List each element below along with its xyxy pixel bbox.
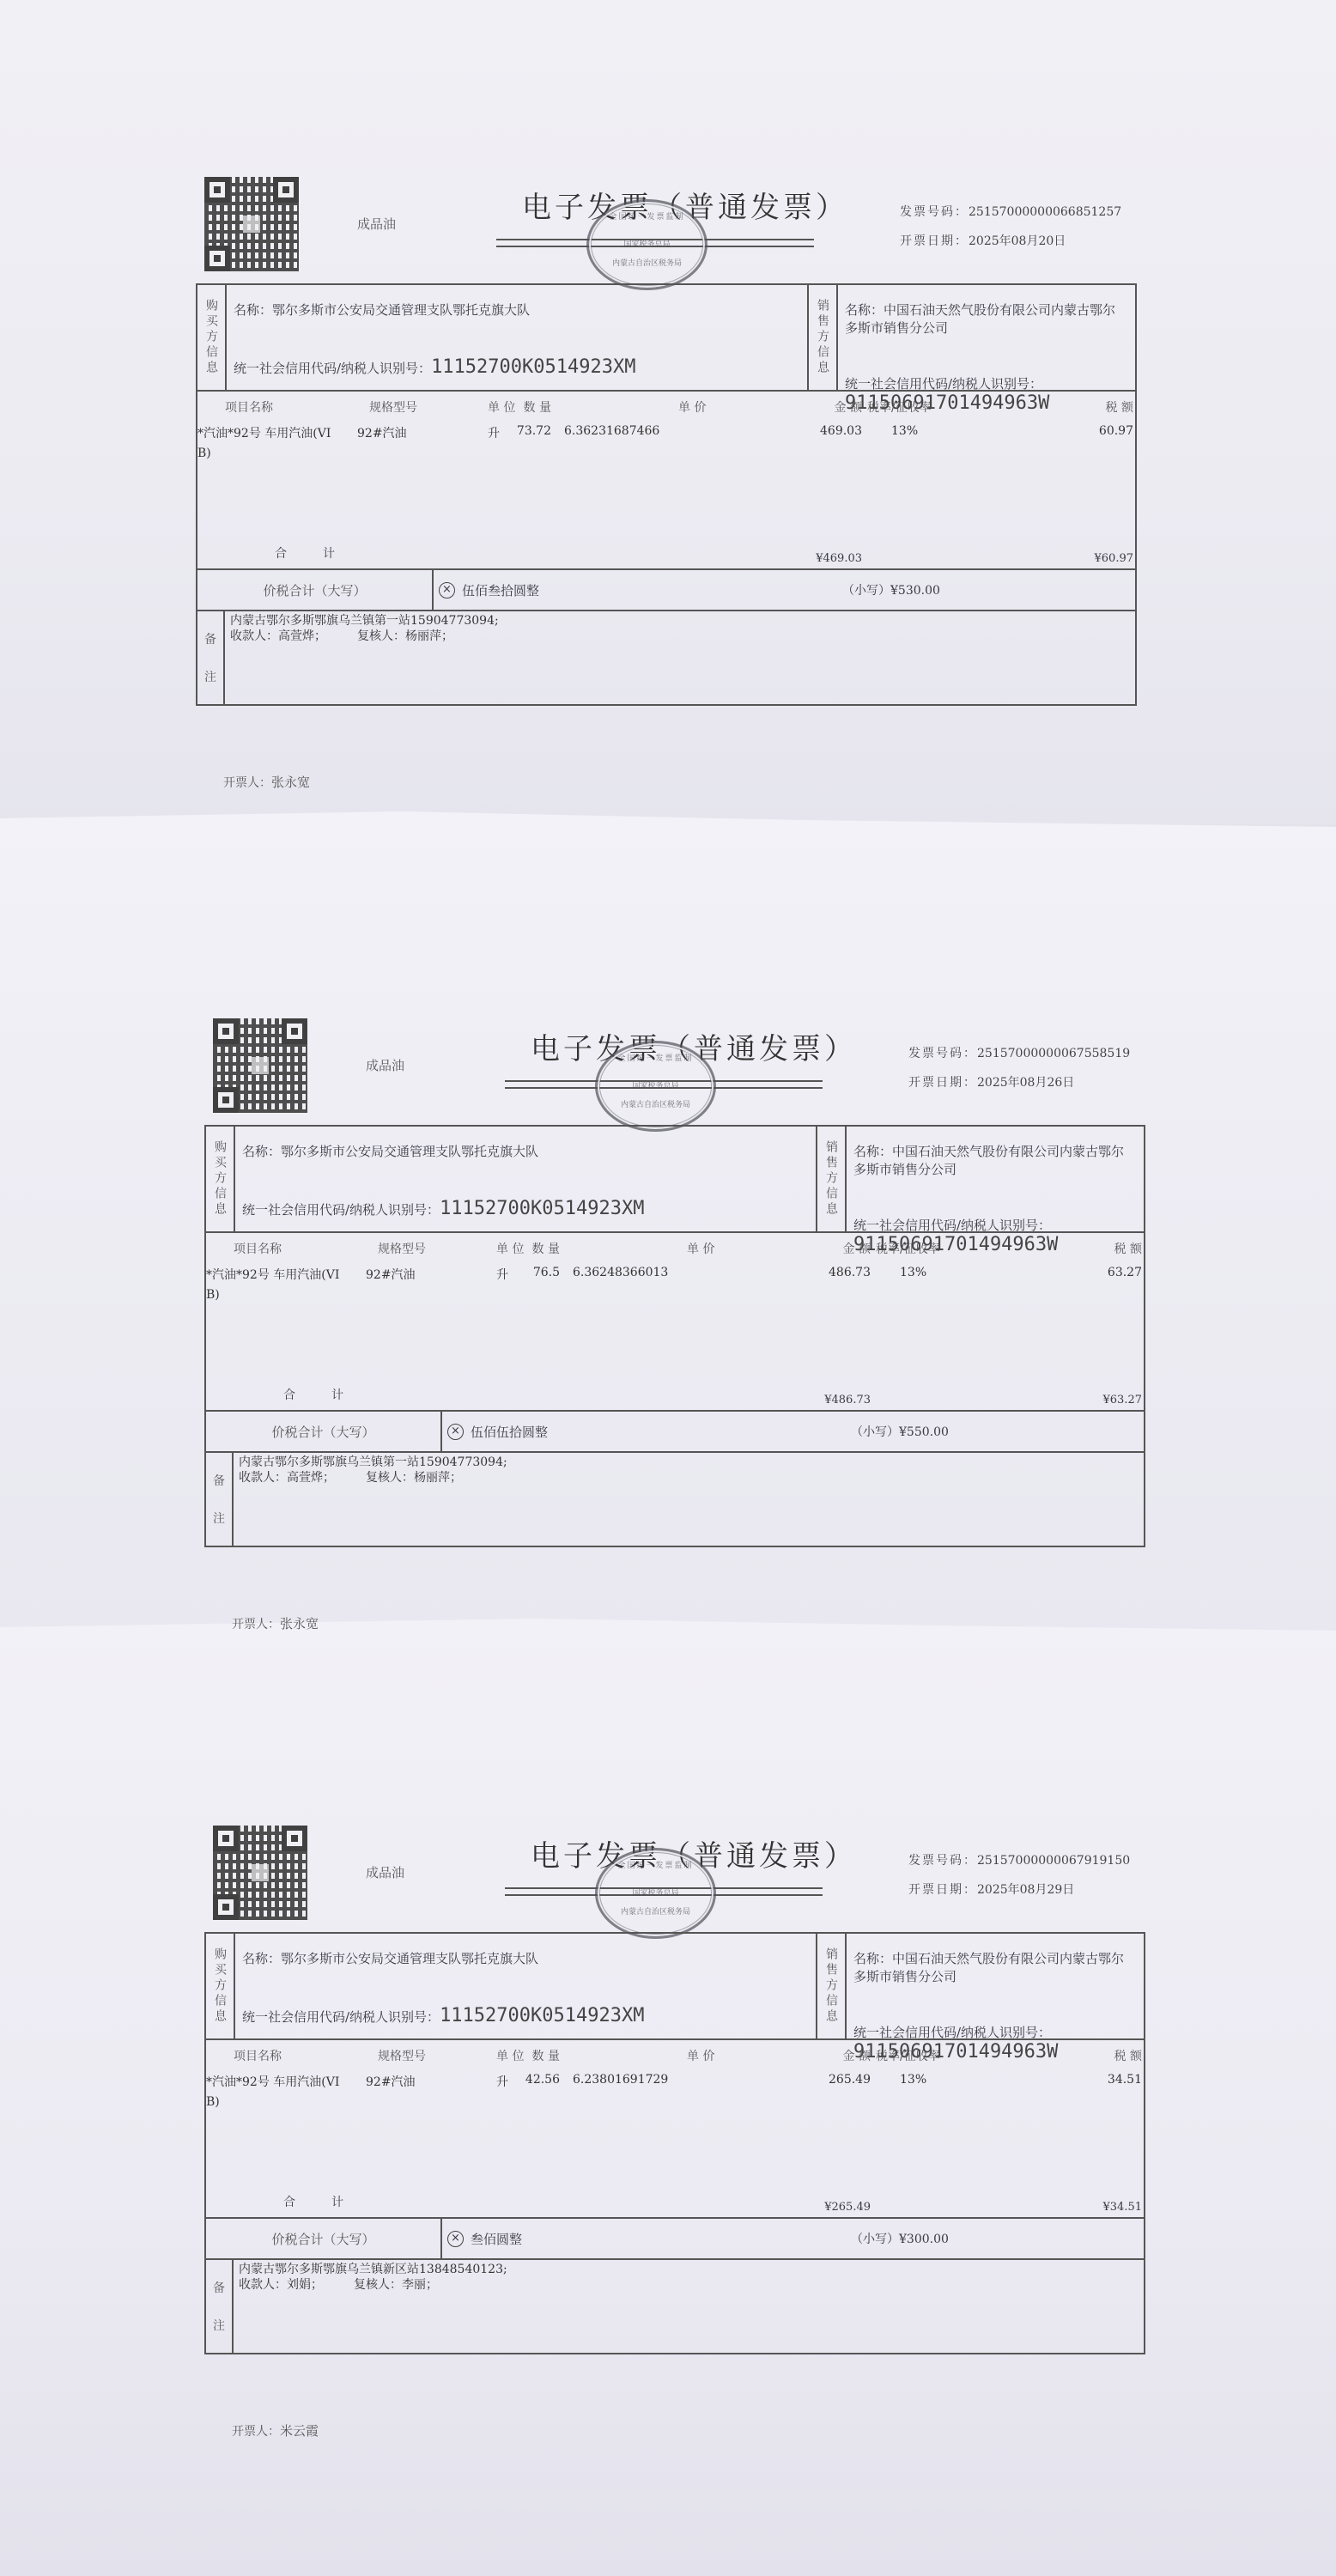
item-unit-price: 6.36248366013 [573,1266,668,1279]
total-small: ¥530.00 [890,584,940,598]
col-header-quantity: 数 量 [532,1240,560,1257]
buyer-id-label: 统一社会信用代码/纳税人识别号： [242,2009,440,2025]
item-unit-price: 6.23801691729 [573,2073,668,2087]
col-header-item-name: 项目名称 [234,1240,282,1257]
line-items: 项目名称 规格型号 单 位 数 量 单 价 金 额 税率/征收率 税 额 *汽油… [206,2040,1144,2219]
buyer-name: 鄂尔多斯市公安局交通管理支队鄂托克旗大队 [281,1951,538,1966]
party-row: 购买方信息 名称：鄂尔多斯市公安局交通管理支队鄂托克旗大队 统一社会信用代码/纳… [206,1127,1144,1233]
issuer-label: 开票人： [223,776,271,790]
total-capital-cell: × 叁佰圆整 （小写）¥300.00 [442,2219,1144,2258]
remark-tag: 备 注 [206,2260,234,2353]
buyer-tax-id: 11152700K0514923XM [440,1198,644,1219]
party-row: 购买方信息 名称：鄂尔多斯市公安局交通管理支队鄂托克旗大队 统一社会信用代码/纳… [197,285,1135,392]
issuer: 开票人：张永宽 [223,773,310,791]
col-header-tax: 税 额 [1114,1240,1142,1257]
item-amount: 265.49 [829,2073,871,2087]
buyer-name: 鄂尔多斯市公安局交通管理支队鄂托克旗大队 [272,302,530,318]
col-header-unit-price: 单 价 [678,398,706,416]
sum-label: 合计 [283,1386,380,1403]
sum-amount: ¥265.49 [824,2201,871,2214]
remark-tag-char: 注 [204,668,216,685]
seller-tag: 销售方信息 [817,1934,847,2038]
item-amount: 469.03 [820,424,862,438]
total-small: ¥300.00 [899,2233,949,2246]
qr-code-icon [213,1826,307,1920]
col-header-tax-rate: 税率/征收率 [876,1240,940,1257]
item-unit: 升 [488,424,500,441]
buyer-id-label: 统一社会信用代码/纳税人识别号： [242,1202,440,1218]
stamp-middle-text: 国家税务总局 [589,238,705,249]
invoice-meta: 发票号码：25157000000067919150 开票日期：2025年08月2… [908,1846,1130,1905]
total-label: 价税合计（大写） [206,1412,442,1451]
remark-tag-char: 注 [213,2317,225,2334]
tax-authority-stamp-icon: 全国统一发票监制 国家税务总局 内蒙古自治区税务局 [586,199,707,290]
issue-date-label: 开票日期： [908,1883,977,1897]
item-tax: 34.51 [1108,2073,1142,2087]
issue-date: 2025年08月26日 [977,1076,1074,1090]
col-header-tax-rate: 税率/征收率 [867,398,932,416]
remark-row: 备 注 内蒙古鄂尔多斯鄂旗乌兰镇新区站13848540123; 收款人：刘娟；复… [206,2260,1144,2353]
item-tax: 63.27 [1108,1266,1142,1279]
col-header-amount: 金 额 [835,398,862,416]
buyer-info: 名称：鄂尔多斯市公安局交通管理支队鄂托克旗大队 统一社会信用代码/纳税人识别号：… [227,285,809,390]
seller-name-label: 名称： [845,302,884,318]
issuer: 开票人：张永宽 [232,1614,319,1632]
circled-x-icon: × [447,2231,464,2247]
remark-reviewer: 复核人：杨丽萍； [366,1471,462,1485]
product-type-label: 成品油 [366,1863,404,1881]
remark-row: 备 注 内蒙古鄂尔多斯鄂旗乌兰镇第一站15904773094; 收款人：高萱烨；… [206,1453,1144,1546]
remark-reviewer: 复核人：杨丽萍； [357,629,453,643]
col-header-quantity: 数 量 [524,398,551,416]
issuer-label: 开票人： [232,1618,280,1631]
line-items: 项目名称 规格型号 单 位 数 量 单 价 金 额 税率/征收率 税 额 *汽油… [206,1233,1144,1412]
remark-payee: 收款人：高萱烨； [230,629,326,643]
sum-label: 合计 [283,2193,380,2210]
stamp-middle-text: 国家税务总局 [598,1886,714,1898]
remark-tag-char: 备 [213,2279,225,2296]
sum-tax: ¥60.97 [1095,552,1134,565]
stamp-bottom-text: 内蒙古自治区税务局 [598,1905,714,1917]
seller-name-label: 名称： [853,1951,892,1966]
item-tax-rate: 13% [900,2073,926,2087]
col-header-tax: 税 额 [1114,2047,1142,2064]
circled-x-icon: × [439,582,455,598]
total-small-label: （小写） [851,2233,899,2246]
sum-tax: ¥63.27 [1103,1394,1143,1406]
item-spec: 92#汽油 [366,1266,416,1283]
invoice-table: 购买方信息 名称：鄂尔多斯市公安局交通管理支队鄂托克旗大队 统一社会信用代码/纳… [204,1932,1145,2354]
stamp-top-text: 全国统一发票监制 [598,1859,714,1870]
item-tax-rate: 13% [891,424,918,438]
col-header-unit-price: 单 价 [687,1240,714,1257]
seller-id-label: 统一社会信用代码/纳税人识别号： [845,376,1042,392]
product-type-label: 成品油 [357,215,396,233]
item-name: *汽油*92号 车用汽油(VI [197,424,331,441]
item-unit: 升 [496,2073,508,2090]
seller-name: 中国石油天然气股份有限公司内蒙古鄂尔多斯市销售分公司 [853,1951,1124,1984]
remark-body: 内蒙古鄂尔多斯鄂旗乌兰镇第一站15904773094; 收款人：高萱烨；复核人：… [234,1453,1144,1546]
seller-name: 中国石油天然气股份有限公司内蒙古鄂尔多斯市销售分公司 [853,1144,1124,1177]
issuer-name: 米云霞 [280,2423,319,2439]
total-capital-cell: × 伍佰伍拾圆整 （小写）¥550.00 [442,1412,1144,1451]
remark-tag: 备 注 [197,611,225,704]
issuer-label: 开票人： [232,2425,280,2439]
issuer-name: 张永宽 [280,1616,319,1631]
seller-tag: 销售方信息 [817,1127,847,1231]
remark-body: 内蒙古鄂尔多斯鄂旗乌兰镇第一站15904773094; 收款人：高萱烨；复核人：… [225,611,1135,704]
buyer-tag: 购买方信息 [206,1127,235,1231]
total-small-label: （小写） [851,1425,899,1439]
buyer-tag: 购买方信息 [197,285,227,390]
tax-authority-stamp-icon: 全国统一发票监制 国家税务总局 内蒙古自治区税务局 [595,1041,716,1132]
buyer-id-label: 统一社会信用代码/纳税人识别号： [234,361,431,376]
col-header-unit-price: 单 价 [687,2047,714,2064]
stamp-bottom-text: 内蒙古自治区税务局 [598,1098,714,1109]
col-header-tax: 税 额 [1106,398,1133,416]
item-unit-price: 6.36231687466 [564,424,659,438]
total-capital: 伍佰伍拾圆整 [471,1423,548,1441]
issue-date: 2025年08月29日 [977,1883,1074,1897]
item-quantity: 73.72 [517,424,551,438]
item-spec: 92#汽油 [357,424,407,441]
remark-station: 内蒙古鄂尔多斯鄂旗乌兰镇第一站15904773094; [239,1455,1139,1470]
invoice-meta: 发票号码：25157000000067558519 开票日期：2025年08月2… [908,1039,1130,1097]
qr-code-icon [204,177,299,271]
col-header-spec: 规格型号 [369,398,417,416]
seller-name: 中国石油天然气股份有限公司内蒙古鄂尔多斯市销售分公司 [845,302,1115,336]
sum-label: 合计 [275,544,371,562]
issue-date-label: 开票日期： [908,1076,977,1090]
col-header-unit: 单 位 [496,1240,524,1257]
buyer-name-label: 名称： [242,1144,281,1159]
col-header-amount: 金 额 [843,2047,871,2064]
col-header-unit: 单 位 [496,2047,524,2064]
issue-date: 2025年08月20日 [969,234,1066,248]
col-header-spec: 规格型号 [378,2047,426,2064]
item-amount: 486.73 [829,1266,871,1279]
remark-reviewer: 复核人：李丽； [354,2278,438,2292]
item-name-continuation: B) [206,2095,220,2109]
item-tax: 60.97 [1099,424,1133,438]
invoice-number-label: 发票号码： [908,1854,977,1868]
remark-payee: 收款人：刘娟； [239,2278,323,2292]
seller-id-label: 统一社会信用代码/纳税人识别号： [853,2025,1051,2040]
col-header-item-name: 项目名称 [225,398,273,416]
remark-station: 内蒙古鄂尔多斯鄂旗乌兰镇新区站13848540123; [239,2262,1139,2277]
buyer-info: 名称：鄂尔多斯市公安局交通管理支队鄂托克旗大队 统一社会信用代码/纳税人识别号：… [235,1127,817,1231]
total-row: 价税合计（大写） × 伍佰叁拾圆整 （小写）¥530.00 [197,570,1135,611]
seller-info: 名称：中国石油天然气股份有限公司内蒙古鄂尔多斯市销售分公司 统一社会信用代码/纳… [847,1934,1144,2038]
total-small-label: （小写） [842,584,890,598]
remark-tag-char: 注 [213,1510,225,1527]
col-header-item-name: 项目名称 [234,2047,282,2064]
tax-authority-stamp-icon: 全国统一发票监制 国家税务总局 内蒙古自治区税务局 [595,1848,716,1939]
seller-tag: 销售方信息 [809,285,838,390]
remark-tag: 备 注 [206,1453,234,1546]
item-quantity: 76.5 [533,1266,560,1279]
col-header-tax-rate: 税率/征收率 [876,2047,940,2064]
issuer: 开票人：米云霞 [232,2421,319,2439]
total-row: 价税合计（大写） × 伍佰伍拾圆整 （小写）¥550.00 [206,1412,1144,1453]
total-row: 价税合计（大写） × 叁佰圆整 （小写）¥300.00 [206,2219,1144,2260]
item-name: *汽油*92号 车用汽油(VI [206,2073,339,2090]
remark-station: 内蒙古鄂尔多斯鄂旗乌兰镇第一站15904773094; [230,613,1130,629]
buyer-name-label: 名称： [234,302,272,318]
invoice-number-label: 发票号码： [900,205,969,219]
buyer-tax-id: 11152700K0514923XM [431,356,635,378]
buyer-name-label: 名称： [242,1951,281,1966]
item-name-continuation: B) [206,1288,220,1302]
seller-name-label: 名称： [853,1144,892,1159]
seller-id-label: 统一社会信用代码/纳税人识别号： [853,1218,1051,1233]
issue-date-label: 开票日期： [900,234,969,248]
col-header-quantity: 数 量 [532,2047,560,2064]
total-capital-cell: × 伍佰叁拾圆整 （小写）¥530.00 [434,570,1135,610]
buyer-name: 鄂尔多斯市公安局交通管理支队鄂托克旗大队 [281,1144,538,1159]
qr-code-icon [213,1018,307,1113]
remark-body: 内蒙古鄂尔多斯鄂旗乌兰镇新区站13848540123; 收款人：刘娟；复核人：李… [234,2260,1144,2353]
item-spec: 92#汽油 [366,2073,416,2090]
sum-amount: ¥469.03 [816,552,862,565]
remark-tag-char: 备 [204,630,216,647]
total-capital: 伍佰叁拾圆整 [462,581,539,599]
buyer-tax-id: 11152700K0514923XM [440,2005,644,2026]
invoice-number: 25157000000067558519 [977,1047,1130,1060]
col-header-amount: 金 额 [843,1240,871,1257]
invoice-table: 购买方信息 名称：鄂尔多斯市公安局交通管理支队鄂托克旗大队 统一社会信用代码/纳… [196,283,1137,706]
invoice-number-label: 发票号码： [908,1047,977,1060]
product-type-label: 成品油 [366,1056,404,1074]
remark-row: 备 注 内蒙古鄂尔多斯鄂旗乌兰镇第一站15904773094; 收款人：高萱烨；… [197,611,1135,704]
invoice-number: 25157000000066851257 [969,205,1121,219]
total-capital: 叁佰圆整 [471,2230,522,2248]
seller-info: 名称：中国石油天然气股份有限公司内蒙古鄂尔多斯市销售分公司 统一社会信用代码/纳… [838,285,1135,390]
remark-tag-char: 备 [213,1472,225,1489]
buyer-tag: 购买方信息 [206,1934,235,2038]
stamp-top-text: 全国统一发票监制 [589,210,705,222]
item-name: *汽油*92号 车用汽油(VI [206,1266,339,1283]
stamp-middle-text: 国家税务总局 [598,1079,714,1091]
total-label: 价税合计（大写） [197,570,434,610]
item-tax-rate: 13% [900,1266,926,1279]
total-label: 价税合计（大写） [206,2219,442,2258]
stamp-top-text: 全国统一发票监制 [598,1052,714,1063]
stamp-bottom-text: 内蒙古自治区税务局 [589,257,705,268]
buyer-info: 名称：鄂尔多斯市公安局交通管理支队鄂托克旗大队 统一社会信用代码/纳税人识别号：… [235,1934,817,2038]
total-small: ¥550.00 [899,1425,949,1439]
col-header-unit: 单 位 [488,398,515,416]
seller-info: 名称：中国石油天然气股份有限公司内蒙古鄂尔多斯市销售分公司 统一社会信用代码/纳… [847,1127,1144,1231]
item-unit: 升 [496,1266,508,1283]
invoice-meta: 发票号码：25157000000066851257 开票日期：2025年08月2… [900,197,1121,256]
issuer-name: 张永宽 [271,775,310,790]
invoice-table: 购买方信息 名称：鄂尔多斯市公安局交通管理支队鄂托克旗大队 统一社会信用代码/纳… [204,1125,1145,1547]
col-header-spec: 规格型号 [378,1240,426,1257]
sum-tax: ¥34.51 [1103,2201,1143,2214]
party-row: 购买方信息 名称：鄂尔多斯市公安局交通管理支队鄂托克旗大队 统一社会信用代码/纳… [206,1934,1144,2040]
line-items: 项目名称 规格型号 单 位 数 量 单 价 金 额 税率/征收率 税 额 *汽油… [197,392,1135,570]
sum-amount: ¥486.73 [824,1394,871,1406]
invoice-number: 25157000000067919150 [977,1854,1130,1868]
item-quantity: 42.56 [525,2073,560,2087]
circled-x-icon: × [447,1424,464,1440]
item-name-continuation: B) [197,447,211,460]
remark-payee: 收款人：高萱烨； [239,1471,335,1485]
